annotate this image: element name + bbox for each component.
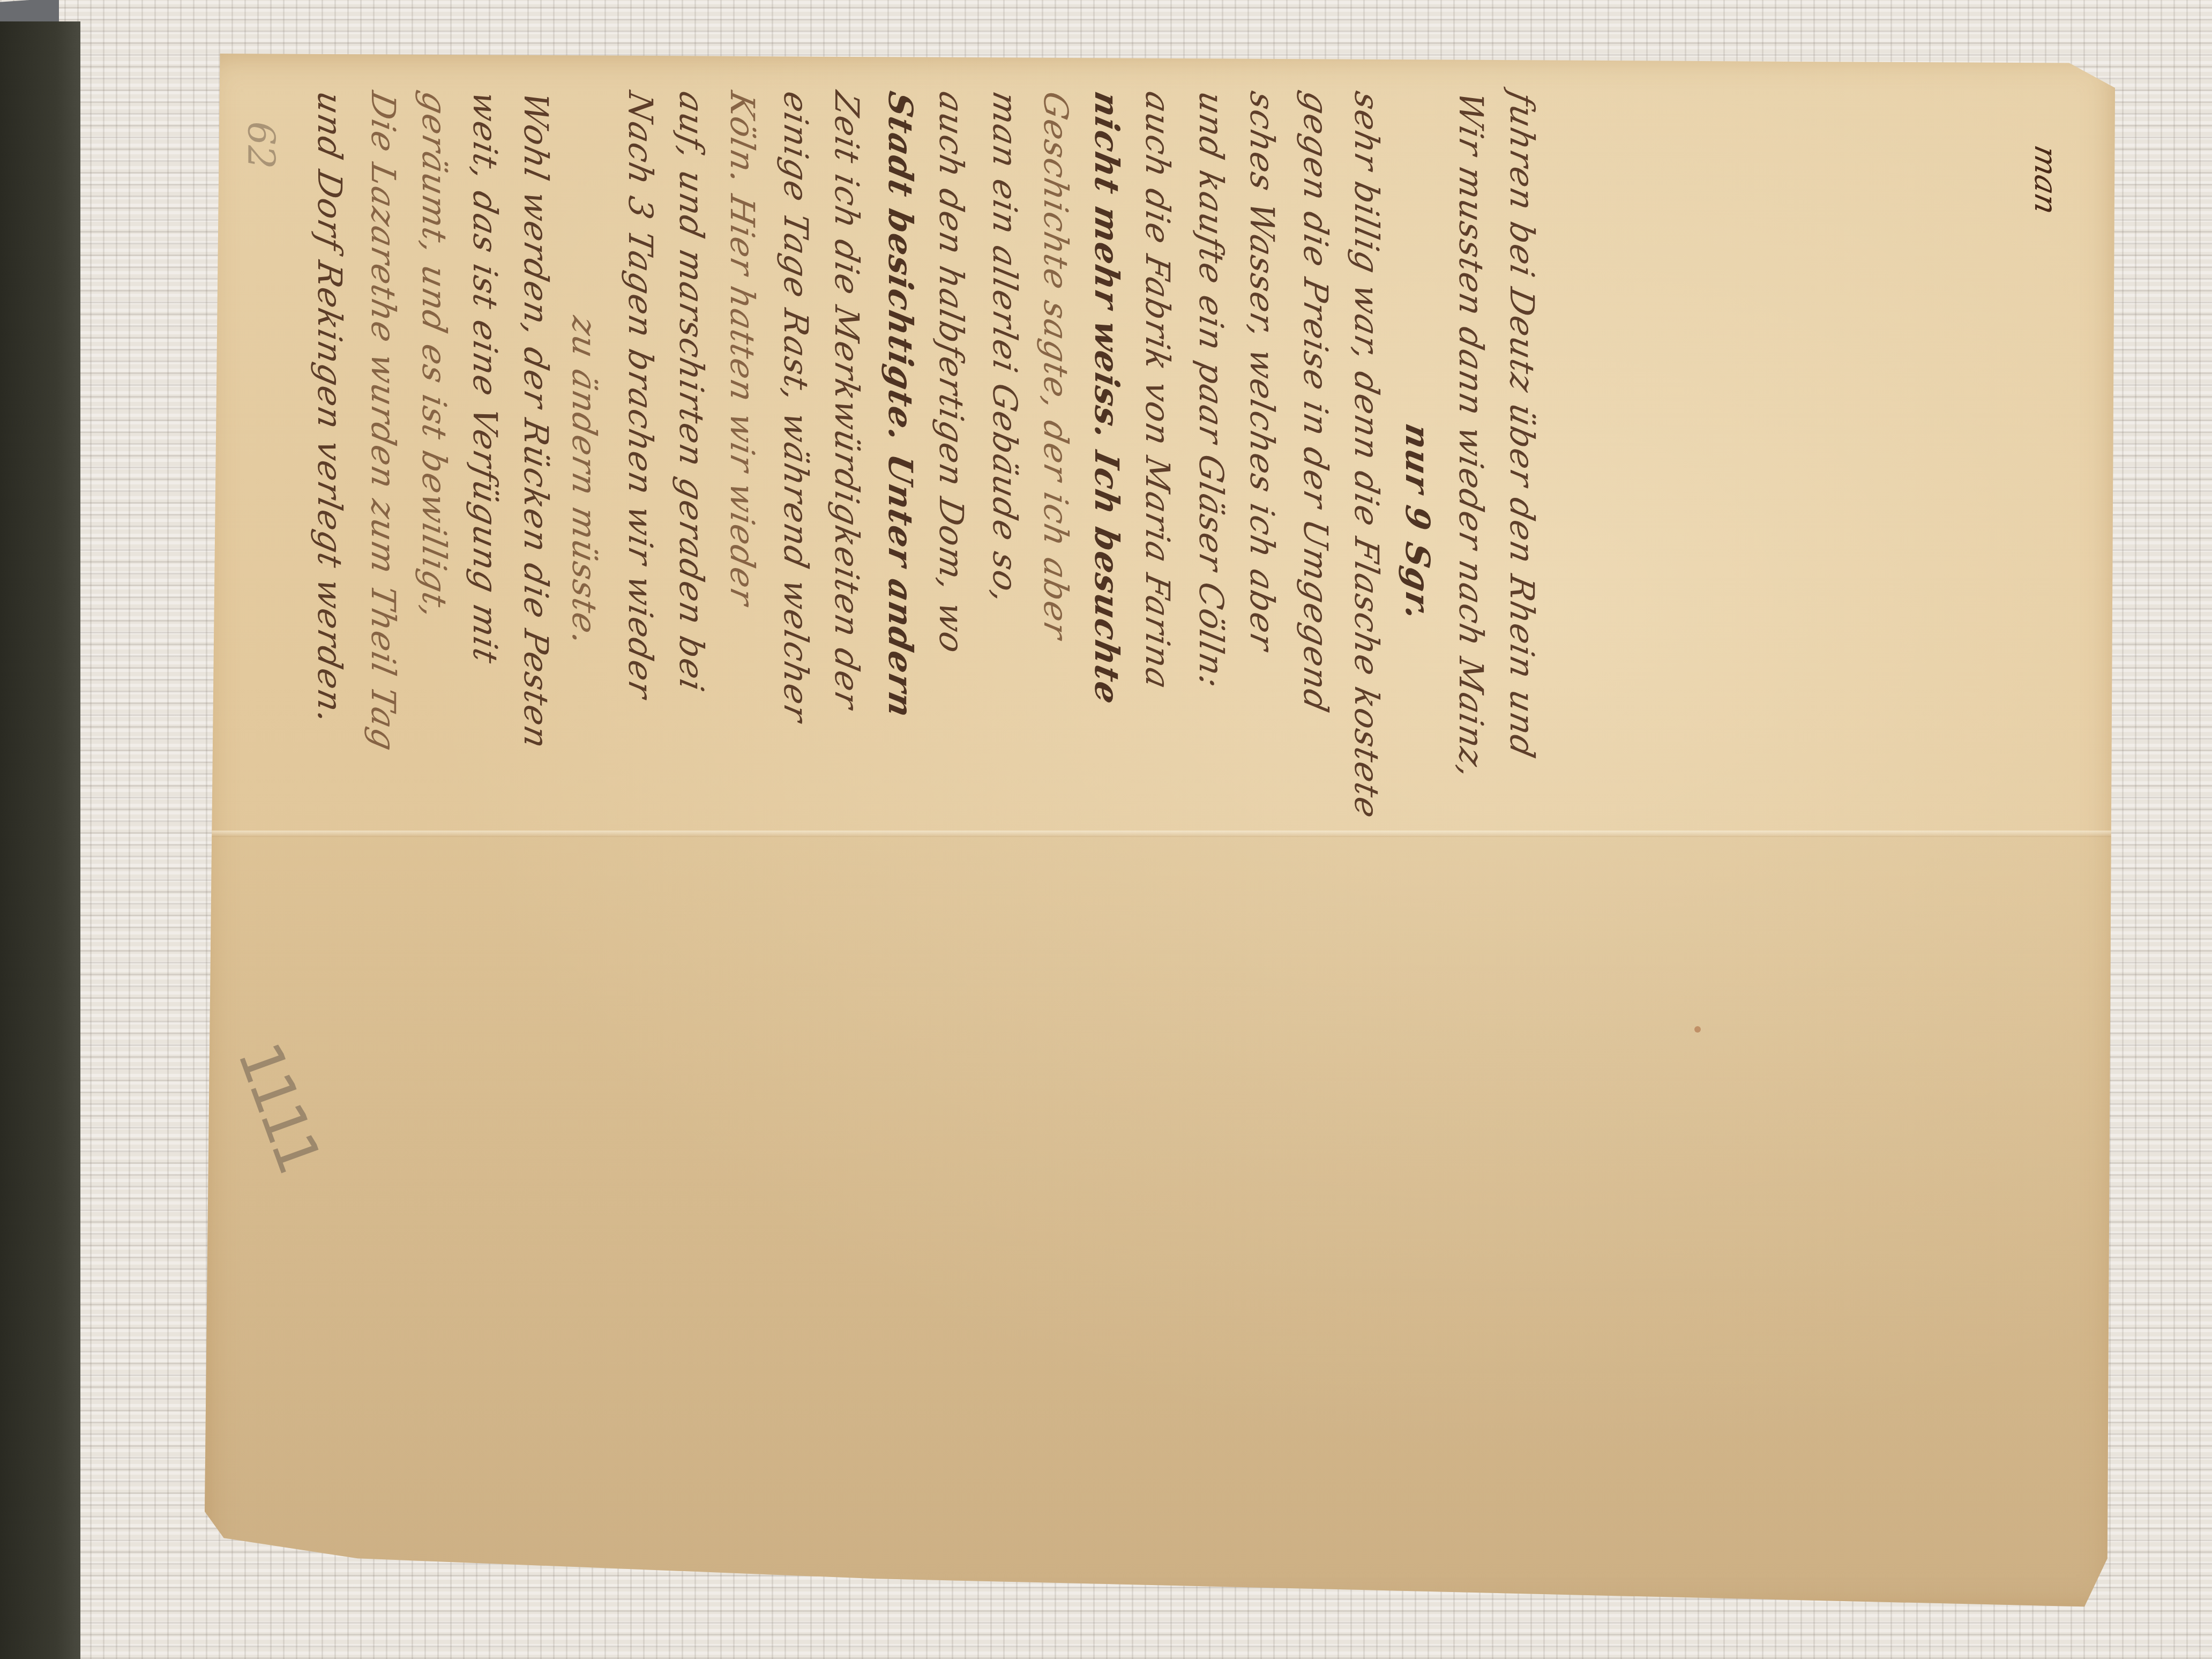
text-line: Nach 3 Tagen brachen wir wieder [621,88,660,703]
text-line: sehr billig war, denn die Flasche kostet… [1347,88,1386,822]
text-line: Stadt besichtigte. Unter andern [881,88,920,722]
text-line: nicht mehr weiss. Ich besuchte [1087,88,1126,708]
text-line: Wohl werden, der Rücken die Pesten [517,88,556,753]
text-line: geräumt, und es ist bewilligt, [415,88,454,623]
dark-table-edge [0,21,80,1659]
text-line: Die Lazarethe wurden zum Theil Tag [364,88,403,755]
text-line: auf, und marschirten geraden bei [672,88,711,696]
catchword: man [2028,143,2064,218]
handwritten-text-block: und Dorf Rekingen verlegt werden. Die La… [205,54,2115,1613]
text-line: man ein allerlei Gebäude so, [985,88,1025,608]
text-line: Geschichte sagte, der ich aber [1036,88,1075,643]
text-line: weit, das ist eine Verfügung mit [466,88,505,668]
manuscript-page: 62 1111 und Dorf Rekingen verlegt werden… [205,54,2115,1613]
text-line: zu ändern müsste. [565,313,604,649]
text-line: sches Wasser, welches ich aber [1243,88,1282,655]
text-line: Zeit ich die Merkwürdigkeiten der [827,88,866,713]
text-line: auch die Fabrik von Maria Farina [1138,88,1177,693]
text-line: auch den halbfertigen Dom, wo [932,88,971,657]
text-line: Köln. Hier hatten wir wieder [723,88,762,610]
text-line: gegen die Preise in der Umgegend [1296,88,1335,716]
text-line: und kaufte ein paar Gläser Cölln: [1192,88,1231,692]
text-line: fuhren bei Deutz über den Rhein und [1503,88,1542,762]
text-line: einige Tage Rast, während welcher [776,88,816,726]
text-line: nur 9 Sgr. [1398,420,1437,624]
text-line: Wir mussten dann wieder nach Mainz, [1452,88,1491,782]
text-line: und Dorf Rekingen verlegt werden. [310,88,349,728]
